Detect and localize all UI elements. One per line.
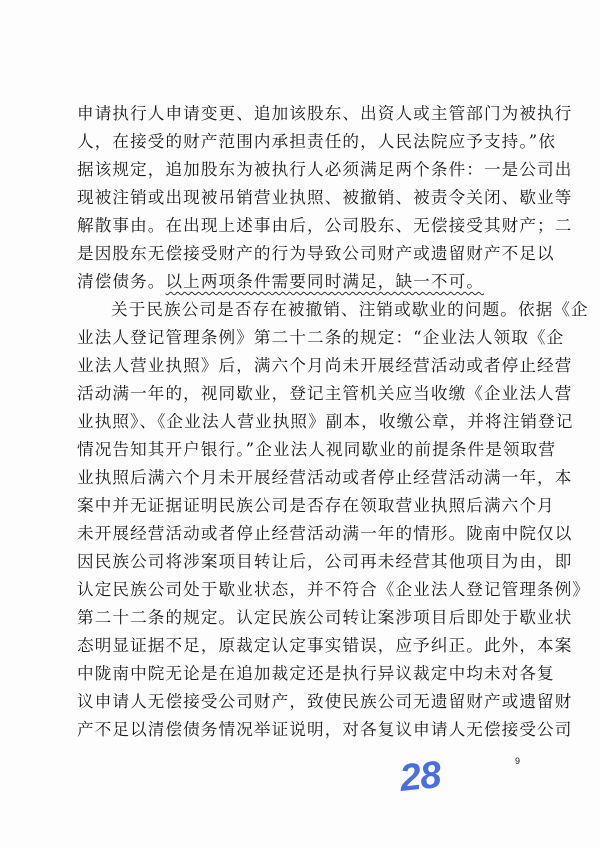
text-line: 情况告知其开户银行。”企业法人视同歇业的前提条件是领取营 <box>77 436 532 464</box>
page-number: 9 <box>515 756 520 766</box>
text-line: 解散事由。在出现上述事由后，公司股东、无偿接受其财产；二 <box>77 212 532 240</box>
text-line: 案中并无证据证明民族公司是否存在领取营业执照后满六个月 <box>77 492 532 520</box>
text-line: 态明显证据不足，原裁定认定事实错误，应予纠正。此外，本案 <box>77 632 532 660</box>
text-line: 未开展经营活动或者停止经营活动满一年的情形。陇南中院仅以 <box>77 520 532 548</box>
text-line: 人，在接受的财产范围内承担责任的，人民法院应予支持。”依 <box>77 128 532 156</box>
text-segment: 清偿债务。 <box>77 272 165 291</box>
text-line: 业法人营业执照》后，满六个月尚未开展经营活动或者停止经营 <box>77 352 532 380</box>
text-line: 申请执行人申请变更、追加该股东、出资人或主管部门为被执行 <box>77 100 532 128</box>
handwritten-page-annotation: 28 <box>398 754 443 801</box>
text-line: 认定民族公司处于歇业状态，并不符合《企业法人登记管理条例》 <box>77 576 532 604</box>
text-line: 业执照后满六个月未开展经营活动或者停止经营活动满一年，本 <box>77 464 532 492</box>
text-line: 因民族公司将涉案项目转让后，公司再未经营其他项目为由，即 <box>77 548 532 576</box>
text-line: 业执照》、《企业法人营业执照》副本，收缴公章，并将注销登记 <box>77 408 532 436</box>
text-line: 产不足以清偿债务情况举证说明，对各复议申请人无偿接受公司 <box>77 716 532 744</box>
text-line: 活动满一年的，视同歇业，登记主管机关应当收缴《企业法人营 <box>77 380 532 408</box>
text-line: 现被注销或出现被吊销营业执照、被撤销、被责令关闭、歇业等 <box>77 184 532 212</box>
document-page: 申请执行人申请变更、追加该股东、出资人或主管部门为被执行 人，在接受的财产范围内… <box>0 0 600 847</box>
text-line: 业法人登记管理条例》第二十二条的规定：“企业法人领取《企 <box>77 324 532 352</box>
text-line-with-underline: 清偿债务。以上两项条件需要同时满足，缺一不可。 <box>77 268 532 296</box>
wavy-underlined-text: 以上两项条件需要同时满足，缺一不可。 <box>165 272 484 291</box>
text-line: 议申请人无偿接受公司财产，致使民族公司无遗留财产或遗留财 <box>77 688 532 716</box>
text-line: 第二十二条的规定。认定民族公司转让案涉项目后即处于歇业状 <box>77 604 532 632</box>
text-line: 中陇南中院无论是在追加裁定还是执行异议裁定中均未对各复 <box>77 660 532 688</box>
text-line: 是因股东无偿接受财产的行为导致公司财产或遗留财产不足以 <box>77 240 532 268</box>
text-line: 据该规定，追加股东为被执行人必须满足两个条件：一是公司出 <box>77 156 532 184</box>
paragraph-start-line: 关于民族公司是否存在被撤销、注销或歇业的问题。依据《企 <box>111 296 532 324</box>
